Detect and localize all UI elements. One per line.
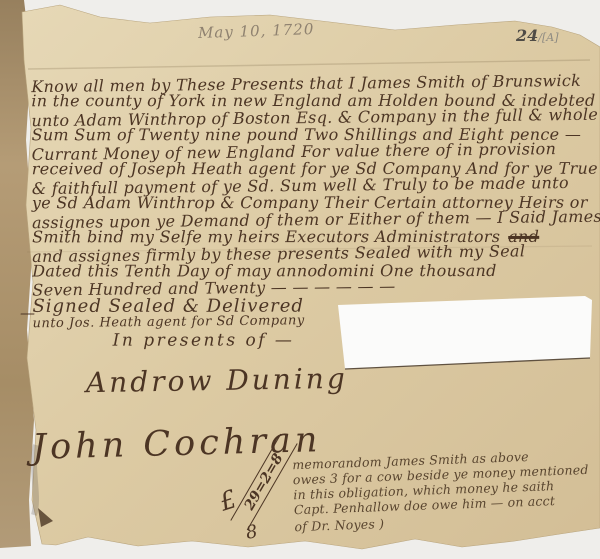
manuscript-scan: May 10, 1720 24/[A] Know all men by Thes… xyxy=(0,0,600,559)
attestation-line: In presents of — xyxy=(113,330,295,350)
witness-signature-androw-duning: Androw Duning xyxy=(86,362,348,400)
folio-annotation: 24/[A] xyxy=(516,26,559,45)
manuscript-body: Know all men by These Presents that I Ja… xyxy=(29,73,593,366)
folio-suffix: /[A] xyxy=(538,31,558,44)
folio-number: 24 xyxy=(516,26,538,45)
margin-mark: — xyxy=(20,304,35,322)
memorandum-line: of Dr. Noyes ) xyxy=(294,516,384,534)
attestation-line: unto Jos. Heath agent for Sd Company xyxy=(32,313,304,331)
